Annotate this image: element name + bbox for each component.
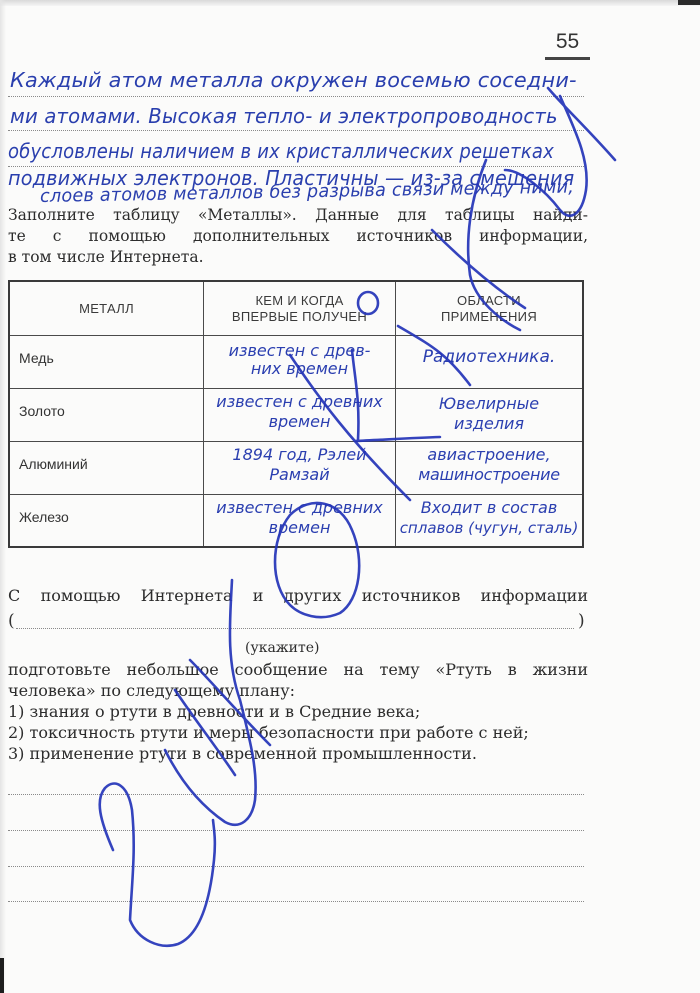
answer-line[interactable] bbox=[8, 901, 584, 902]
plan-item: 1) знания о ртути в древности и в Средни… bbox=[8, 701, 588, 722]
signature-stroke-icon bbox=[100, 784, 215, 946]
plan-item: 2) токсичность ртути и меры безопасности… bbox=[8, 722, 588, 743]
metal-name: Золото bbox=[19, 403, 65, 419]
header-applications: ОБЛАСТИ ПРИМЕНЕНИЯ bbox=[396, 282, 582, 335]
task-body-line: человека» по следующему плану: bbox=[8, 680, 588, 701]
answer-line[interactable] bbox=[8, 830, 584, 831]
ruled-line bbox=[8, 130, 584, 131]
handwritten-line: Каждый атом металла окружен восемью сосе… bbox=[10, 68, 577, 92]
metal-cell: Медь bbox=[10, 336, 204, 388]
handwritten-line: обусловлены наличием в их кристаллически… bbox=[8, 139, 554, 163]
metal-name: Медь bbox=[19, 350, 54, 366]
handwritten-line: ми атомами. Высокая тепло- и электропров… bbox=[10, 104, 558, 128]
page-binding-shadow bbox=[0, 0, 6, 993]
scan-edge-mark bbox=[0, 958, 4, 993]
table-row: Алюминий 1894 год, Рэлей Рамзай авиастро… bbox=[10, 442, 582, 495]
instruction-line: в том числе Интернета. bbox=[8, 247, 588, 268]
instruction-line: те с помощью дополнительных источников и… bbox=[8, 226, 588, 247]
metal-name: Железо bbox=[19, 509, 69, 525]
applications-cell[interactable]: Входит в состав сплавов (чугун, сталь) bbox=[396, 495, 582, 546]
discovered-cell[interactable]: известен с древ- них времен bbox=[204, 336, 396, 388]
check-stroke-icon bbox=[548, 88, 615, 160]
discovered-cell[interactable]: 1894 год, Рэлей Рамзай bbox=[204, 442, 396, 494]
table-row: Железо известен с древних времен Входит … bbox=[10, 495, 582, 546]
metal-cell: Золото bbox=[10, 389, 204, 441]
ruled-line bbox=[8, 96, 584, 97]
discovered-cell[interactable]: известен с древних времен bbox=[204, 495, 396, 546]
table-row: Медь известен с древ- них времен Радиоте… bbox=[10, 336, 582, 389]
instruction-line: Заполните таблицу «Металлы». Данные для … bbox=[8, 205, 588, 226]
metals-table: МЕТАЛЛ КЕМ И КОГДА ВПЕРВЫЕ ПОЛУЧЕН ОБЛАС… bbox=[8, 280, 584, 548]
answer-line[interactable] bbox=[8, 794, 584, 795]
header-metal: МЕТАЛЛ bbox=[10, 282, 204, 335]
answer-line[interactable] bbox=[8, 866, 584, 867]
table-header-row: МЕТАЛЛ КЕМ И КОГДА ВПЕРВЫЕ ПОЛУЧЕН ОБЛАС… bbox=[10, 282, 582, 336]
source-paren-close: ) bbox=[578, 611, 585, 631]
source-input-line[interactable] bbox=[16, 628, 574, 629]
page-top-edge bbox=[0, 0, 700, 6]
header-discovered: КЕМ И КОГДА ВПЕРВЫЕ ПОЛУЧЕН bbox=[204, 282, 396, 335]
discovered-cell[interactable]: известен с древних времен bbox=[204, 389, 396, 441]
task-body-line: подготовьте небольшое сообщение на тему … bbox=[8, 659, 588, 680]
source-paren-open: ( bbox=[8, 611, 15, 631]
task-intro: С помощью Интернета и других источников … bbox=[8, 585, 588, 606]
metal-cell: Алюминий bbox=[10, 442, 204, 494]
metal-cell: Железо bbox=[10, 495, 204, 546]
page-number: 55 bbox=[545, 30, 590, 60]
table-row: Золото известен с древних времен Ювелирн… bbox=[10, 389, 582, 442]
plan-item: 3) применение ртути в современной промыш… bbox=[8, 743, 588, 764]
source-caption: (укажите) bbox=[245, 638, 320, 659]
applications-cell[interactable]: Радиотехника. bbox=[396, 336, 582, 388]
applications-cell[interactable]: Ювелирные изделия bbox=[396, 389, 582, 441]
applications-cell[interactable]: авиастроение, машиностроение bbox=[396, 442, 582, 494]
page-corner-shadow bbox=[678, 0, 700, 5]
metal-name: Алюминий bbox=[19, 456, 88, 472]
